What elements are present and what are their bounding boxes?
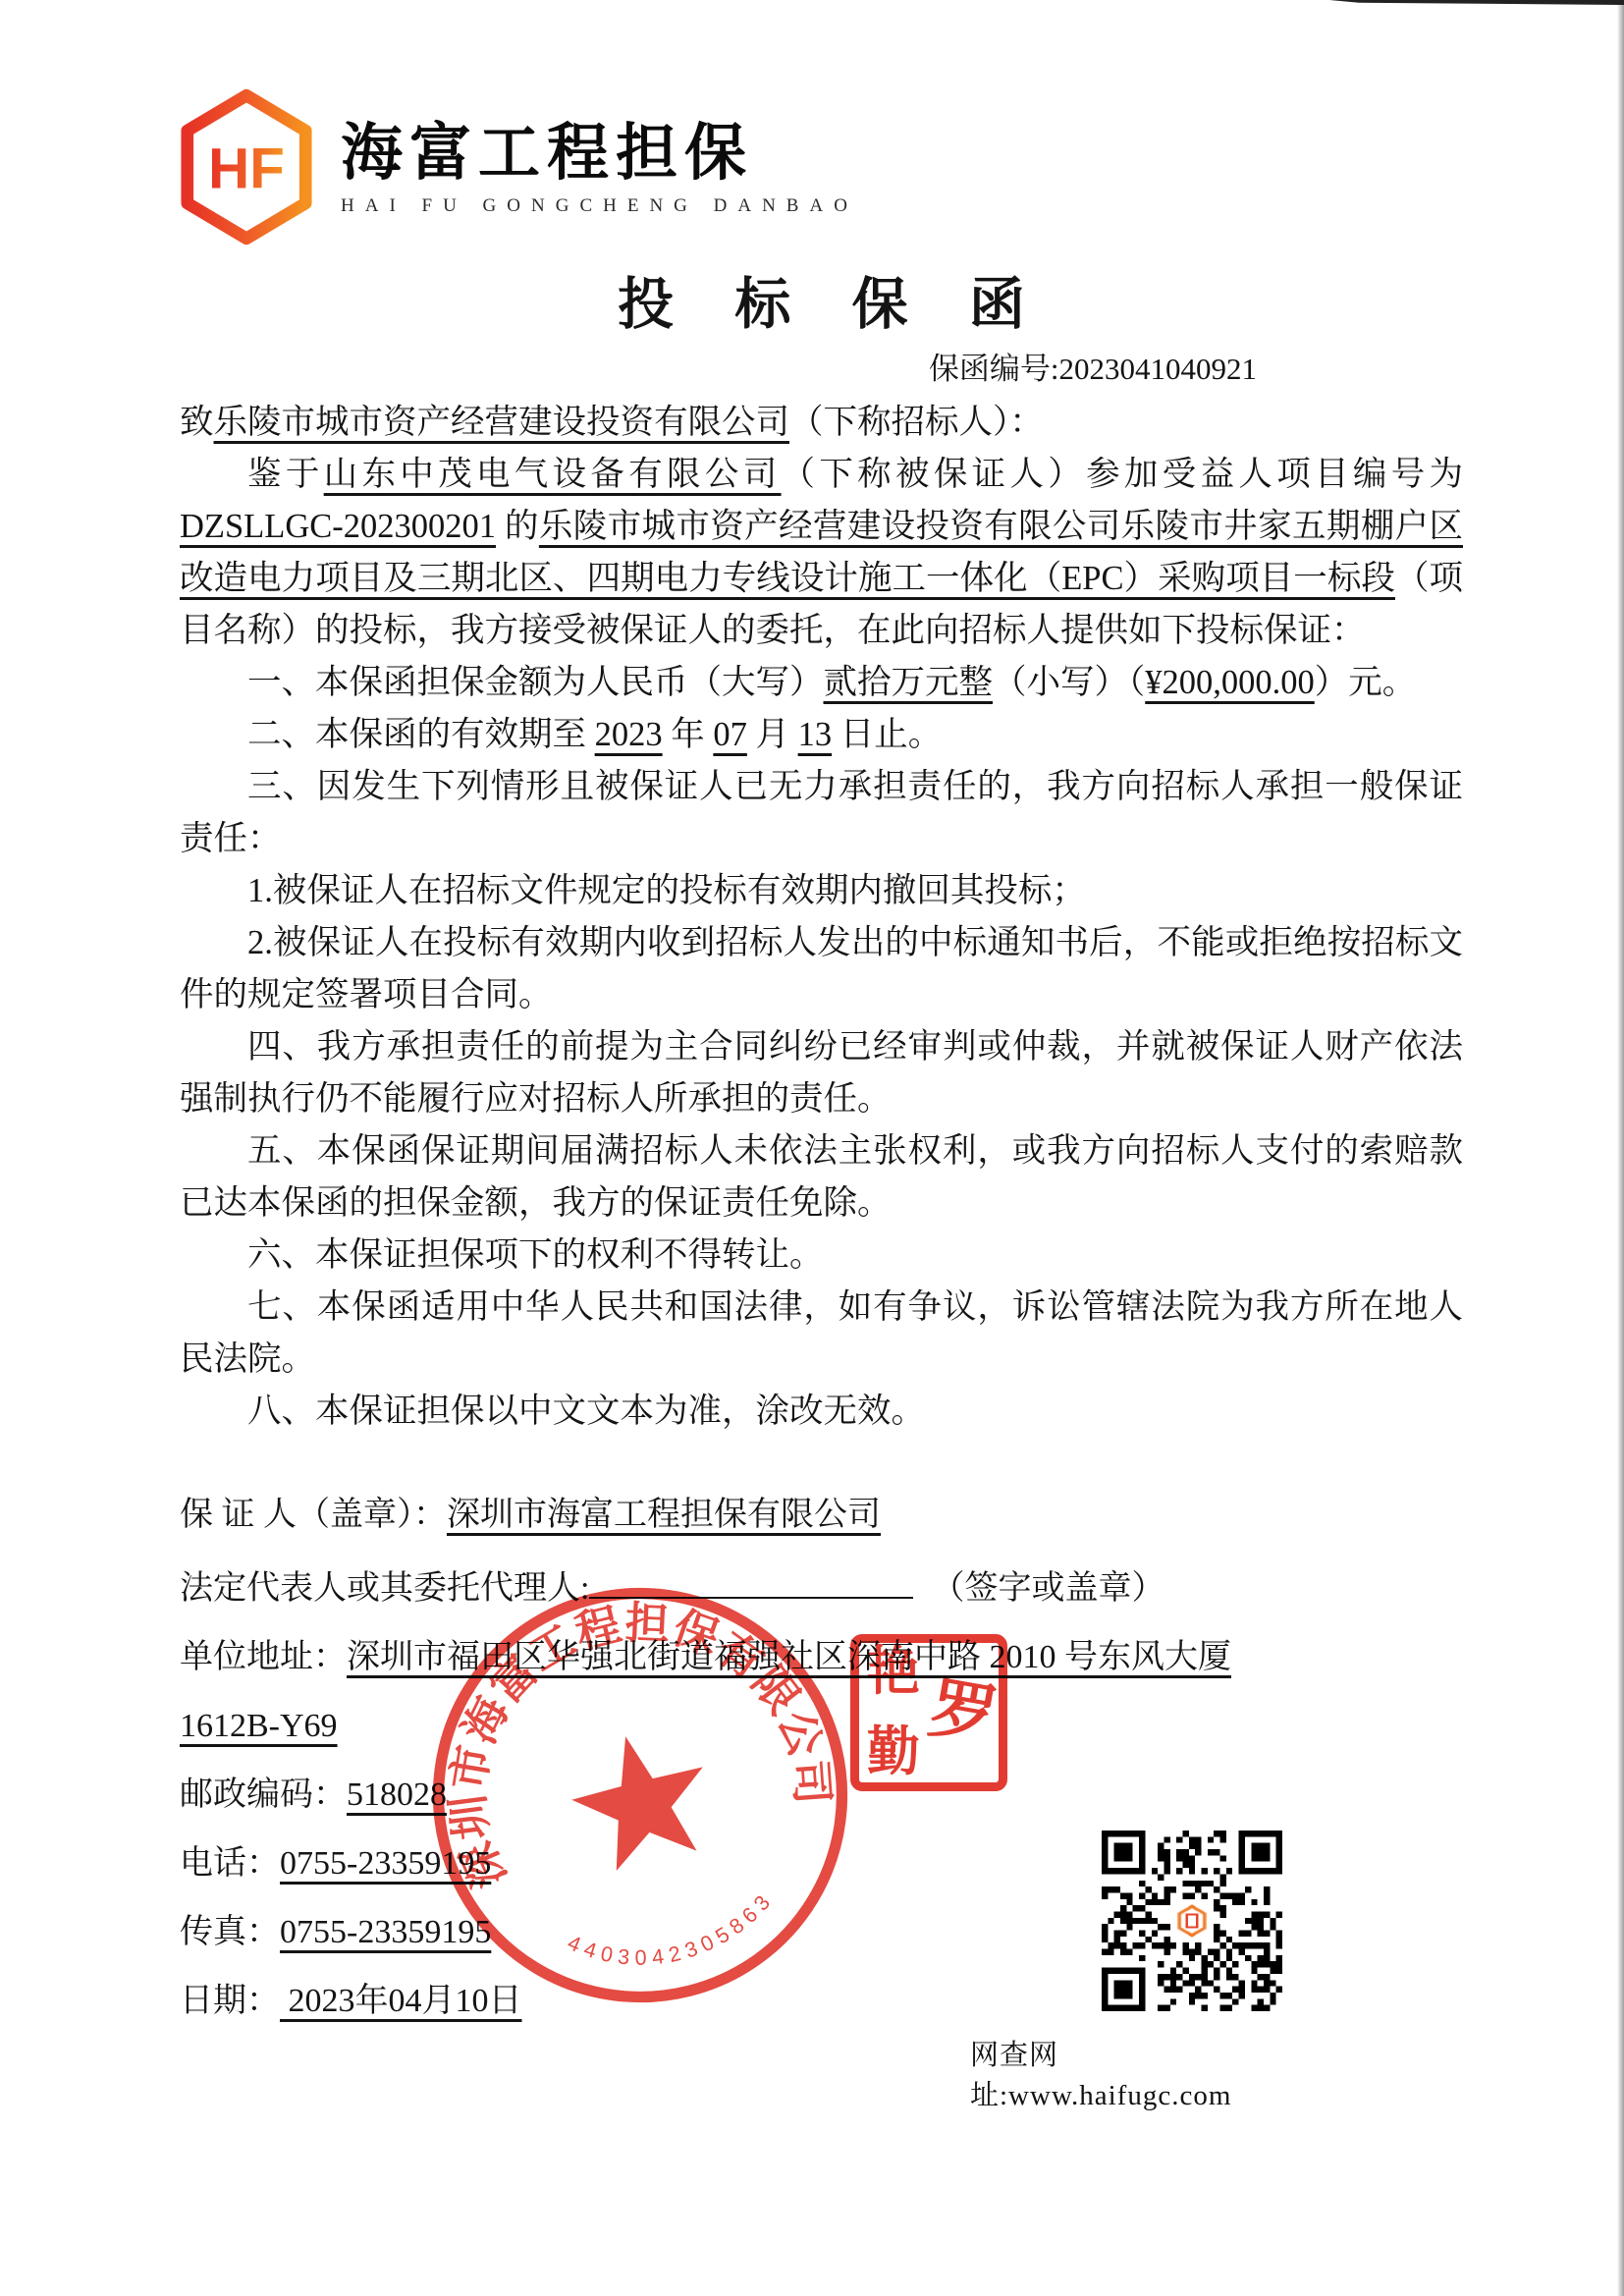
text-run: 1.被保证人在招标文件规定的投标有效期内撤回其投标；	[247, 872, 1086, 909]
svg-text:4403042305863: 4403042305863	[560, 1881, 788, 1993]
underlined-text: ¥200,000.00	[1145, 664, 1315, 701]
qr-code	[1102, 1831, 1282, 2011]
qr-block: 网查网址:www.haifugc.com	[970, 1831, 1286, 2113]
qr-caption: 网查网址:www.haifugc.com	[970, 2033, 1286, 2113]
brand-name-en: HAI FU GONGCHENG DANBAO	[341, 195, 858, 217]
text-run: 二、本保函的有效期至	[247, 716, 595, 753]
brand-name-cn: 海富工程担保	[341, 121, 858, 186]
signature-label: 邮政编码：	[180, 1777, 347, 1813]
body-paragraph: 一、本保函担保金额为人民币（大写）贰拾万元整（小写）（¥200,000.00）元…	[180, 657, 1463, 709]
company-logo-block: HF 海富工程担保 HAI FU GONGCHENG DANBAO	[180, 84, 1463, 253]
scan-edge-artifact	[1617, 0, 1624, 2296]
document-page: HF 海富工程担保 HAI FU GONGCHENG DANBAO 投 标 保 …	[0, 0, 1624, 2296]
text-run: 五、本保函保证期间届满招标人未依法主张权利，或我方向招标人支付的索赔款已达本保函…	[180, 1132, 1463, 1222]
document-title: 投 标 保 函	[180, 273, 1463, 338]
guarantee-number-line: 保函编号:2023041040921	[180, 350, 1463, 389]
signature-row: 法定代表人或其委托代理人:（签字或盖章）	[180, 1565, 1463, 1607]
name-seal-char-bottom-left: 勤	[867, 1725, 920, 1778]
text-run: 2.被保证人在投标有效期内收到招标人发出的中标通知书后，不能或拒绝按招标文件的规…	[180, 924, 1463, 1013]
underlined-text: 贰拾万元整	[824, 664, 994, 701]
signature-row: 保 证 人（盖章）：深圳市海富工程担保有限公司	[180, 1497, 1463, 1533]
underlined-text: 乐陵市城市资产经营建设投资有限公司	[214, 404, 790, 441]
signature-label: 传真：	[180, 1914, 280, 1950]
body-paragraph: 七、本保函适用中华人民共和国法律，如有争议，诉讼管辖法院为我方所在地人民法院。	[180, 1282, 1463, 1386]
seal-star-icon	[560, 1721, 722, 1878]
body-paragraph: 致乐陵市城市资产经营建设投资有限公司（下称招标人）：	[180, 397, 1463, 449]
body-paragraph: 八、本保证担保以中文文本为准，涂改无效。	[180, 1386, 1463, 1438]
text-run: 四、我方承担责任的前提为主合同纠纷已经审判或仲裁，并就被保证人财产依法强制执行仍…	[180, 1028, 1463, 1118]
text-run: （小写）（	[993, 664, 1145, 701]
text-run: 月	[747, 716, 798, 753]
body-paragraph: 1.被保证人在招标文件规定的投标有效期内撤回其投标；	[180, 865, 1463, 917]
guarantee-number-value: 2023041040921	[1059, 352, 1258, 386]
underlined-text: 山东中茂电气设备有限公司	[324, 456, 782, 493]
text-run: 七、本保函适用中华人民共和国法律，如有争议，诉讼管辖法院为我方所在地人民法院。	[180, 1288, 1463, 1378]
text-run: 六、本保证担保项下的权利不得转让。	[247, 1236, 824, 1274]
text-run: （下称被保证人）参加受益人项目编号为	[782, 456, 1463, 493]
text-run: 鉴于	[247, 456, 324, 493]
text-run: （下称招标人）：	[789, 404, 1044, 441]
text-run: 一、本保函担保金额为人民币（大写）	[247, 664, 824, 701]
text-run: 八、本保证担保以中文文本为准，涂改无效。	[247, 1393, 925, 1430]
body-paragraph: 2.被保证人在投标有效期内收到招标人发出的中标通知书后，不能或拒绝按招标文件的规…	[180, 917, 1463, 1021]
name-seal-stamp: 罗 艳 勤	[850, 1634, 1007, 1791]
signature-label: 日期：	[180, 1983, 280, 2019]
body-paragraphs: 致乐陵市城市资产经营建设投资有限公司（下称招标人）：鉴于山东中茂电气设备有限公司…	[180, 397, 1463, 1438]
signature-value: 1612B-Y69	[180, 1708, 338, 1744]
text-run: ）元。	[1315, 664, 1417, 701]
svg-text:HF: HF	[208, 137, 285, 200]
signature-label: 保 证 人（盖章）：	[180, 1497, 447, 1533]
text-run: 三、因发生下列情形且被保证人已无力承担责任的，我方向招标人承担一般保证责任：	[180, 768, 1463, 857]
body-paragraph: 四、我方承担责任的前提为主合同纠纷已经审判或仲裁，并就被保证人财产依法强制执行仍…	[180, 1021, 1463, 1125]
signature-label: 电话：	[180, 1845, 280, 1882]
underlined-text: 2023	[595, 716, 663, 753]
text-run: 致	[180, 404, 214, 441]
underlined-text: 13	[798, 716, 833, 753]
underlined-text: 07	[713, 716, 747, 753]
brand-text: 海富工程担保 HAI FU GONGCHENG DANBAO	[341, 121, 858, 217]
body-paragraph: 六、本保证担保项下的权利不得转让。	[180, 1230, 1463, 1282]
text-run: 日止。	[832, 716, 942, 753]
seal-serial-number: 4403042305863	[560, 1881, 788, 1993]
name-seal-char-top-left: 艳	[867, 1645, 920, 1698]
signature-label: 单位地址：	[180, 1639, 347, 1675]
body-paragraph: 二、本保函的有效期至 2023 年 07 月 13 日止。	[180, 709, 1463, 761]
hexagon-logo-icon: HF	[180, 88, 313, 250]
guarantee-number-label: 保函编号:	[929, 352, 1059, 386]
text-run: 年	[663, 716, 714, 753]
text-run: 的	[496, 508, 539, 545]
signature-value: 深圳市海富工程担保有限公司	[447, 1497, 881, 1533]
body-paragraph: 三、因发生下列情形且被保证人已无力承担责任的，我方向招标人承担一般保证责任：	[180, 761, 1463, 865]
signature-suffix: （签字或盖章）	[931, 1570, 1164, 1607]
name-seal-char-right: 罗	[925, 1674, 1002, 1752]
body-paragraph: 五、本保函保证期间届满招标人未依法主张权利，或我方向招标人支付的索赔款已达本保函…	[180, 1125, 1463, 1230]
body-paragraph: 鉴于山东中茂电气设备有限公司（下称被保证人）参加受益人项目编号为DZSLLGC-…	[180, 449, 1463, 657]
underlined-text: DZSLLGC-202300201	[180, 508, 496, 545]
